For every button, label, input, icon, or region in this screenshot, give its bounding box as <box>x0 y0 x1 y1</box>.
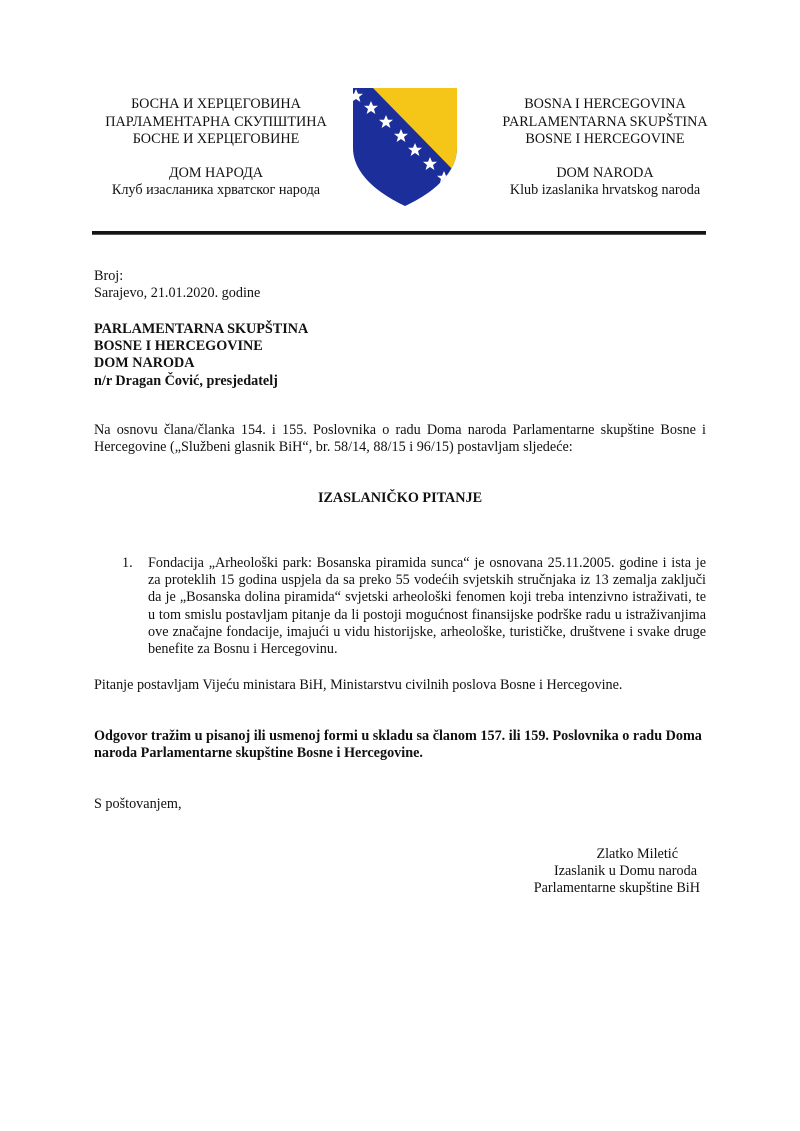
list-item-number: 1. <box>122 555 133 572</box>
header-left-club: Клуб изасланика хрватског народа <box>82 182 350 200</box>
header-left-line-3: БОСНЕ И ХЕРЦЕГОВИНЕ <box>82 131 350 149</box>
addressee-line-1: PARLAMENTARNA SKUPŠTINA <box>94 321 308 338</box>
header-right-line-1: BOSNA I HERCEGOVINA <box>470 96 740 114</box>
intro-paragraph: Na osnovu člana/članka 154. i 155. Poslo… <box>94 422 706 456</box>
signatory-role: Izaslanik u Domu naroda <box>520 863 700 880</box>
number-label: Broj: <box>94 268 260 285</box>
closing-salutation: S poštovanjem, <box>94 796 182 813</box>
header-divider <box>92 231 706 235</box>
question-addressee-paragraph: Pitanje postavljam Vijeću ministara BiH,… <box>94 677 706 694</box>
addressee: PARLAMENTARNA SKUPŠTINA BOSNE I HERCEGOV… <box>94 321 308 390</box>
place-date: Sarajevo, 21.01.2020. godine <box>94 285 260 302</box>
signature-block: Zlatko Miletić Izaslanik u Domu naroda P… <box>520 846 700 898</box>
header-left-line-1: БОСНА И ХЕРЦЕГОВИНА <box>82 96 350 114</box>
header-right-club: Klub izaslanika hrvatskog naroda <box>470 182 740 200</box>
coat-of-arms-icon <box>351 86 459 208</box>
header-right-line-2: PARLAMENTARNA SKUPŠTINA <box>470 114 740 132</box>
addressee-line-4: n/r Dragan Čović, presjedatelj <box>94 373 308 390</box>
document-meta: Broj: Sarajevo, 21.01.2020. godine <box>94 268 260 302</box>
answer-request-paragraph: Odgovor tražim u pisanoj ili usmenoj for… <box>94 728 706 762</box>
addressee-line-3: DOM NARODA <box>94 355 308 372</box>
header-left-house: ДОМ НАРОДА <box>82 165 350 183</box>
document-title: IZASLANIČKO PITANJE <box>0 490 800 507</box>
header-left-line-2: ПАРЛАМЕНТАРНА СКУПШТИНА <box>82 114 350 132</box>
header-right-house: DOM NARODA <box>470 165 740 183</box>
list-item-text: Fondacija „Arheološki park: Bosanska pir… <box>148 555 706 658</box>
header-right-latin: BOSNA I HERCEGOVINA PARLAMENTARNA SKUPŠT… <box>470 96 740 200</box>
header-left-cyrillic: БОСНА И ХЕРЦЕГОВИНА ПАРЛАМЕНТАРНА СКУПШТ… <box>82 96 350 200</box>
signatory-name: Zlatko Miletić <box>520 846 700 863</box>
signatory-institution: Parlamentarne skupštine BiH <box>520 880 700 897</box>
header-right-line-3: BOSNE I HERCEGOVINE <box>470 131 740 149</box>
addressee-line-2: BOSNE I HERCEGOVINE <box>94 338 308 355</box>
